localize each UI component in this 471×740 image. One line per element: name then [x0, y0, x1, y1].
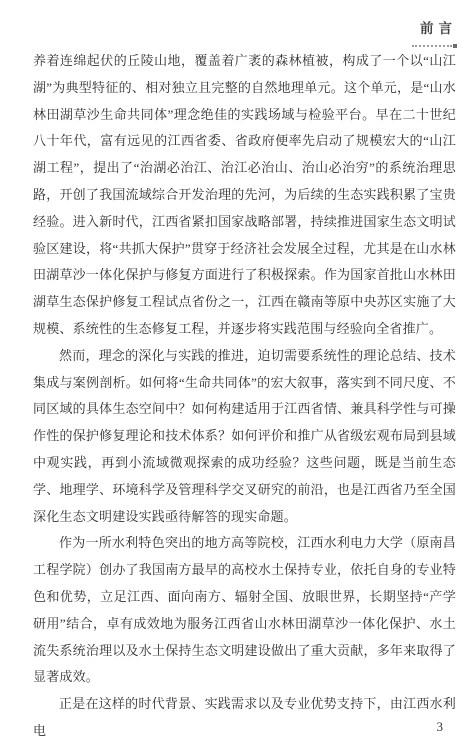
paragraph: 然而，理念的深化与实践的推进，迫切需要系统性的理论总结、技术集成与案例剖析。如何…	[33, 343, 456, 531]
paragraph: 养着连绵起伏的丘陵山地，覆盖着广袤的森林植被，构成了一个以“山江湖”为典型特征的…	[33, 48, 456, 343]
chapter-title: 前言	[412, 17, 457, 37]
page-number: 3	[437, 720, 444, 734]
paragraph: 正是在这样的时代背景、实践需求以及专业优势支持下，由江西水利电	[33, 691, 456, 740]
running-header: 前言	[412, 17, 452, 48]
document-page: 前言 养着连绵起伏的丘陵山地，覆盖着广袤的森林植被，构成了一个以“山江湖”为典型…	[0, 0, 471, 740]
body-text: 养着连绵起伏的丘陵山地，覆盖着广袤的森林植被，构成了一个以“山江湖”为典型特征的…	[33, 48, 456, 740]
dotted-line	[412, 45, 452, 47]
paragraph: 作为一所水利特色突出的地方高等院校，江西水利电力大学（原南昌工程学院）创办了我国…	[33, 530, 456, 691]
